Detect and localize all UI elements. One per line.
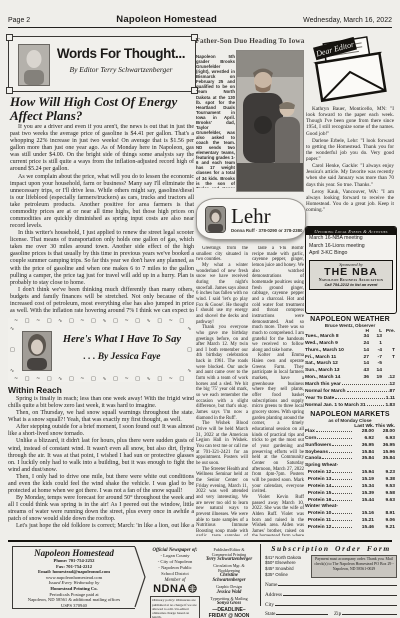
- weather-summary-row: March this year .12: [305, 382, 395, 389]
- wrestlers-photo: [236, 50, 304, 192]
- paragraph: The Streeter Health and Wellness Seminar…: [196, 467, 248, 536]
- market-row: Sunflowers 36.95 36.95: [305, 443, 395, 450]
- dear-editor-envelope-graphic: Dear Editor: [306, 32, 394, 104]
- weather-row: Mon., March 14 36 19 .12: [305, 375, 395, 382]
- blank-line: [342, 614, 397, 615]
- colophon-postage2: Napoleon, ND 58561 & additional mailing …: [13, 597, 135, 603]
- paragraph: By Monday, temps were forecast for aroun…: [8, 495, 194, 523]
- zip-field: Zip: [334, 611, 397, 617]
- price-option: $35* Online: [265, 572, 309, 578]
- weather-row: Thurs., March 10 14 -4 T: [305, 348, 395, 355]
- subscription-order-form: Subscription Order Form $41* North Dakot…: [260, 544, 397, 606]
- paragraph: taste a 'Flu Bomb' recipe made with garl…: [252, 246, 304, 353]
- market-row: Protein 15 15.39 9.58: [305, 491, 395, 498]
- subscription-title: Subscription Order Form: [265, 544, 397, 553]
- weather-summary-row: Normal for March .87: [305, 389, 395, 396]
- paragraph: Then, on Thursday, we had snow squall wa…: [8, 410, 194, 424]
- blank-line: [278, 585, 397, 586]
- article-body: If you are a driver and even if you aren…: [10, 124, 194, 314]
- weather-row: Tues., March 8 34 13: [305, 334, 395, 341]
- paragraph: The Wishek Blood Drive will be held Marc…: [196, 421, 248, 466]
- weather-summary-row: Year To Date 1.11: [305, 396, 395, 403]
- lehr-column-2: taste a 'Flu Bomb' recipe made with garl…: [252, 246, 304, 536]
- paragraph: Let's just hope the old folklore is corr…: [8, 523, 194, 530]
- paragraph: As we complain about the price, what wil…: [10, 174, 194, 231]
- newspaper-page: Page 2 Napoleon Homestead Wednesday, Mar…: [0, 0, 400, 618]
- paragraph: Kolter and Emma Haien own and operate Gr…: [252, 353, 304, 494]
- events-box: Upcoming Local Events & Activities March…: [305, 226, 397, 314]
- header-rule: [8, 27, 392, 28]
- events-box-header: Upcoming Local Events & Activities: [306, 227, 396, 235]
- market-row: Protein 12 15.46 9.21: [305, 525, 395, 532]
- sponsor-subtitle: Napoleon Business Association: [310, 278, 392, 282]
- column-title: Words For Thought...: [53, 46, 189, 61]
- article-headline: How Will High Cost Of Energy Affect Plan…: [10, 95, 194, 123]
- colophon-chevron: [134, 546, 146, 608]
- markets-title: NAPOLEON MARKETS: [305, 411, 395, 418]
- weather-table: Tues., March 8 34 13 Wed., March 9 24 1 …: [305, 334, 395, 382]
- blank-line: [276, 614, 328, 615]
- event-item: March 16-Lions meeting: [306, 243, 396, 251]
- words-for-thought-box: Words For Thought... By Editor Terry Sch…: [8, 36, 196, 92]
- paragraph: Thank you everyone who gave me birthday …: [196, 325, 248, 421]
- page-number: Page 2: [8, 17, 30, 24]
- sponsor-call-note: Call 754-2212 to list an event: [310, 282, 392, 287]
- paragraph: My what a winter wonderland of new fresh…: [196, 263, 248, 325]
- heres-what-box: ~ □ ~ □ ∿ □ ~ □ ∿ □ ~ □ ∿ □ ~ □ ~ ~ □ ~ …: [8, 318, 194, 382]
- photo-caption: Napoleon 5th grader Brooks Grunefelder (…: [196, 54, 235, 188]
- staff-listing: Publisher/Editor & Commercial Printing T…: [203, 546, 255, 618]
- colophon-name: Napoleon Homestead: [13, 548, 135, 558]
- paragraph: Unlike a blizzard, it didn't last for ho…: [8, 438, 194, 473]
- letter: Leroy Kauk, Vancouver, WA: "I am always …: [306, 189, 394, 214]
- market-row: Corn 6.92 6.93: [305, 436, 395, 443]
- staff-entry: Graphic Design Jessica Wald: [203, 584, 255, 594]
- photo-block: Napoleon 5th grader Brooks Grunefelder (…: [196, 50, 304, 190]
- market-row: Protein 12 15.94 9.23: [305, 470, 395, 477]
- weather-row: Wed., March 9 24 1: [305, 341, 395, 348]
- market-row: Protein 14 15.34 9.53: [305, 484, 395, 491]
- events-list: March 16-NBA meetingMarch 16-Lions meeti…: [306, 235, 396, 258]
- markets-subtitle: as of Monday Close: [305, 418, 395, 423]
- official-item: School District: [150, 571, 200, 577]
- paragraph: If you are a driver and even if you aren…: [10, 124, 194, 174]
- weather-report: NAPOLEON WEATHER Bruce Wentz, Observer H…: [305, 316, 395, 409]
- staff-entry: Publisher/Editor & Commercial Printing T…: [203, 547, 255, 562]
- postmaster-note: POSTMASTER: Send address changes to:: [13, 608, 135, 609]
- weather-summary: March this year .12 Normal for March .87…: [305, 382, 395, 409]
- issue-date: Wednesday, March 16, 2022: [303, 17, 392, 24]
- letter: Carol Henke, Gackle: "I always enjoy Jes…: [306, 163, 394, 188]
- newspaper-name: Napoleon Homestead: [116, 14, 217, 25]
- payment-note-box: Payment must accompany order. Thank you.…: [311, 555, 397, 579]
- paragraph: Greetings from the smallest city situate…: [196, 246, 248, 263]
- weather-title: NAPOLEON WEATHER: [305, 316, 395, 323]
- globe-icon: [188, 584, 197, 593]
- staff-entry: Typesetting & Mailing Sonya Gross: [203, 596, 255, 606]
- section-contact: Donna Ruff · 378-0290 or 378-2380: [231, 228, 303, 233]
- section-title: Lehr: [231, 206, 303, 227]
- name-field: Name: [265, 582, 397, 588]
- event-item: April 3-KC Bingo: [306, 250, 396, 258]
- weather-summary-row: Normal Jan. 1 to March 31 1.83: [305, 403, 395, 410]
- market-row: Protein 13 15.19 9.38: [305, 477, 395, 484]
- subscription-prices: $41* North Dakota$50* Elsewhere$45* Snow…: [265, 555, 309, 579]
- official-newspaper-box: Official Newspaper of: - Logan County- C…: [150, 548, 200, 618]
- ndna-logo: NDNA: [150, 583, 200, 595]
- market-row: Flax 28.00 28.00: [305, 429, 395, 436]
- paragraph: In this writer's household, I just appli…: [10, 230, 194, 287]
- paragraph: Then, I only had to drive one mile, but …: [8, 474, 194, 495]
- state-field: State: [265, 611, 328, 617]
- article-headline: Father-Son Duo Heading To Iowa: [194, 37, 306, 45]
- page-header: Page 2 Napoleon Homestead Wednesday, Mar…: [8, 14, 392, 25]
- colophon-box: Napoleon Homestead Phone: 701-754-2252 F…: [12, 546, 135, 609]
- market-row: Protein 11 15.21 9.06: [305, 518, 395, 525]
- letter: Darlene Erbele, Lehr: "I look forward to…: [306, 138, 394, 163]
- ornament-left: ∿□∿: [10, 326, 15, 374]
- sponsor-name: THE NBA: [310, 267, 392, 278]
- staff-entry: Circulation Mgr. & Bookkeeping Christine…: [203, 563, 255, 583]
- lehr-column-1: Greetings from the smallest city situate…: [196, 246, 248, 536]
- paragraph: After stepping outside for a brief momen…: [8, 424, 194, 438]
- paragraph: I don't think we've been thinking much d…: [10, 287, 194, 314]
- sponsor-box: Sponsored by THE NBA Napoleon Business A…: [309, 260, 393, 291]
- corner-knob: [6, 87, 13, 94]
- article-headline: Within Reach: [8, 385, 62, 395]
- markets-report: NAPOLEON MARKETS as of Monday Close Last…: [305, 411, 395, 532]
- blank-line: [283, 595, 397, 596]
- weather-observer: Bruce Wentz, Observer: [305, 323, 395, 328]
- lehr-article: Greetings from the smallest city situate…: [196, 246, 304, 536]
- column-byline: By Editor Terry Schwartzenberger: [53, 65, 189, 74]
- footer-rule: [8, 540, 392, 542]
- official-list: - Logan County- City of Napoleon- Napole…: [150, 553, 200, 577]
- ornament-bottom: ~ □ ~ □ ∿ □ ~ □ ∿ □ ~ □ ∿ □ ~ □ ~: [14, 376, 188, 382]
- ornament-top: ~ □ ~ □ ∿ □ ~ □ ∿ □ ~ □ ∿ □ ~ □ ~: [14, 318, 188, 324]
- article-body: Spring is finally in reach; less than on…: [8, 396, 194, 530]
- columnist-photo: [22, 331, 52, 371]
- obituary-policy: Obituary policy: Obituaries are publishe…: [150, 596, 200, 618]
- letters-to-editor: Kathryn Bauer, Monticello, MN: "I look f…: [306, 106, 394, 224]
- editor-photo: [18, 44, 50, 86]
- letter: Kathryn Bauer, Monticello, MN: "I look f…: [306, 106, 394, 137]
- paragraph: Violet Kevin Ruff passed away March 10, …: [252, 495, 304, 536]
- corner-knob: [6, 34, 13, 41]
- column-byline: . . . By Jessica Faye: [56, 352, 188, 362]
- column-title: Here's What I Have To Say: [56, 334, 188, 345]
- event-item: March 16-NBA meeting: [306, 235, 396, 243]
- markets-table: Flax 28.00 28.00 Corn 6.92 6.93 Sunflowe…: [305, 429, 395, 532]
- address-field: Address: [265, 592, 397, 598]
- lehr-section-banner: Lehr Donna Ruff · 378-0290 or 378-2380: [196, 198, 306, 240]
- deadline-note: —DEADLINE– FRIDAY @ NOON: [203, 607, 255, 618]
- paragraph: Spring is finally in reach; less than on…: [8, 396, 194, 410]
- lehr-columnist-photo: [205, 206, 226, 233]
- blank-line: [275, 605, 397, 606]
